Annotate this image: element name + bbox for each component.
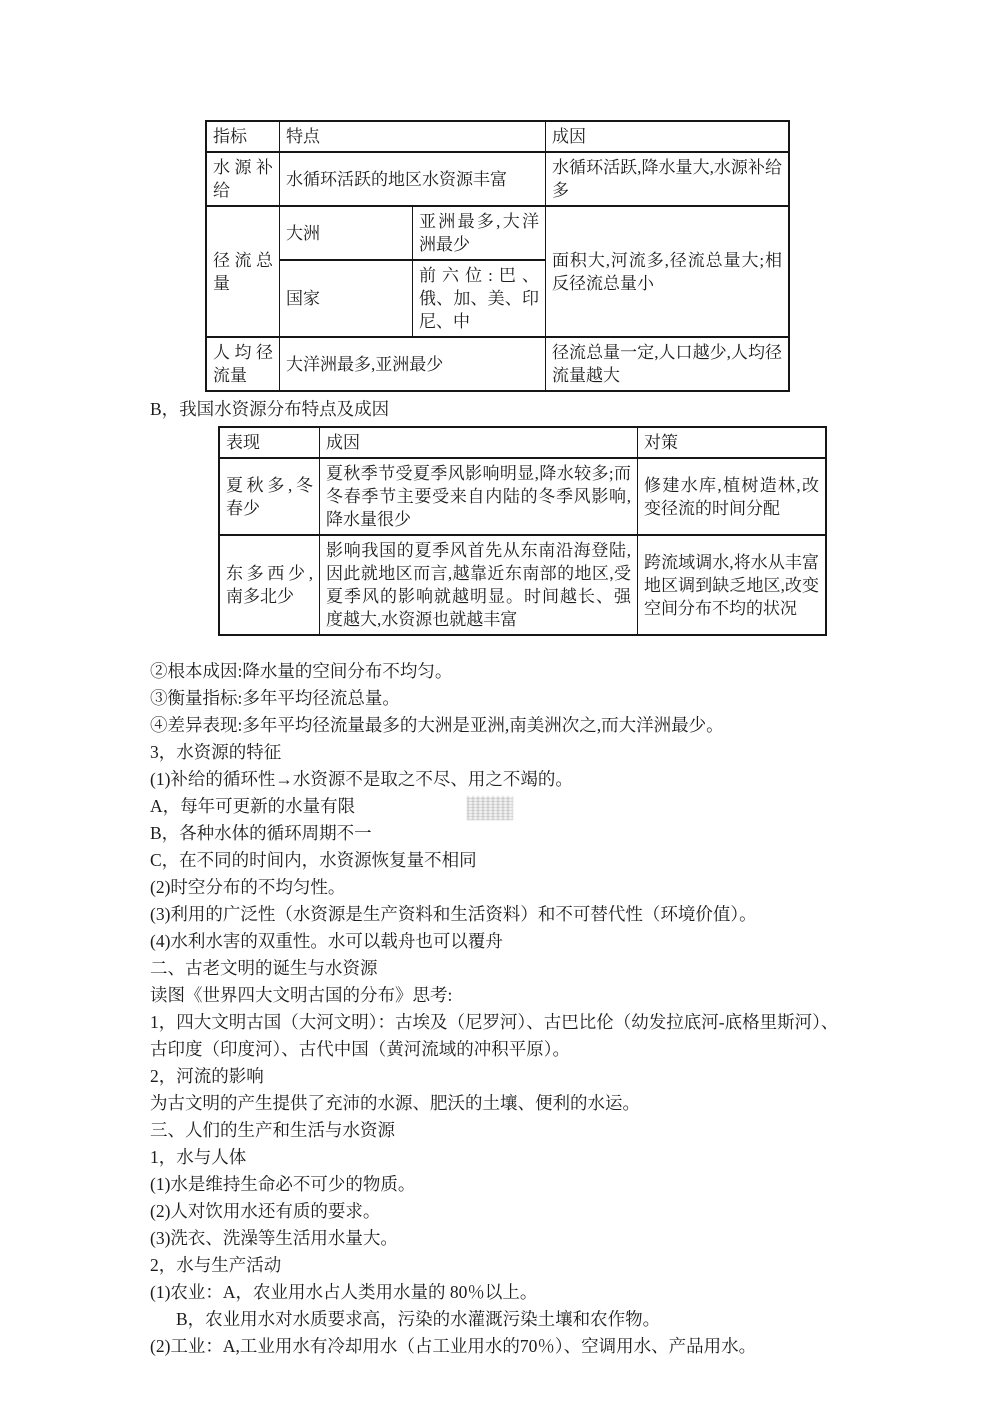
text-line: (2)时空分布的不均匀性。	[150, 874, 880, 901]
text-line-label: A，每年可更新的水量有限	[150, 796, 355, 816]
header-cell-expression: 表现	[219, 427, 320, 458]
text-line: 2，河流的影响	[150, 1063, 880, 1090]
world-water-indicators-table: 指标 特点 成因 水源补给 水循环活跃的地区水资源丰富 水循环活跃,降水量大,水…	[205, 120, 790, 392]
cell-expression-spatial: 东多西少,南多北少	[219, 535, 320, 635]
cell-sub-country-label: 国家	[280, 260, 413, 337]
text-line: 1，水与人体	[150, 1144, 880, 1171]
header-cell-feature: 特点	[280, 121, 546, 152]
cell-indicator-per-capita: 人均径流量	[206, 337, 280, 391]
smudge-artifact	[467, 796, 513, 820]
cell-sub-country-value: 前六位:巴、俄、加、美、印尼、中	[413, 260, 546, 337]
text-line: 为古文明的产生提供了充沛的水源、肥沃的土壤、便利的水运。	[150, 1090, 880, 1117]
cell-sub-continent-value: 亚洲最多,大洋洲最少	[413, 206, 546, 260]
text-line: 1，四大文明古国（大河文明）：古埃及（尼罗河）、古巴比伦（幼发拉底河-底格里斯河…	[150, 1009, 880, 1036]
text-line: B，各种水体的循环周期不一	[150, 820, 880, 847]
cell-cause-spatial: 影响我国的夏季风首先从东南沿海登陆,因此就地区而言,越靠近东南部的地区,受夏季风…	[320, 535, 638, 635]
cell-feature-per-capita: 大洋洲最多,亚洲最少	[280, 337, 546, 391]
header-cell-indicator: 指标	[206, 121, 280, 152]
table-row: 水源补给 水循环活跃的地区水资源丰富 水循环活跃,降水量大,水源补给多	[206, 152, 789, 206]
text-line: ②根本成因:降水量的空间分布不均匀。	[150, 658, 880, 685]
table-header-row: 表现 成因 对策	[219, 427, 826, 458]
table-row: 东多西少,南多北少 影响我国的夏季风首先从东南沿海登陆,因此就地区而言,越靠近东…	[219, 535, 826, 635]
header-cell-cause: 成因	[320, 427, 638, 458]
text-line: ③衡量指标:多年平均径流总量。	[150, 685, 880, 712]
text-line: (2)人对饮用水还有质的要求。	[150, 1198, 880, 1225]
document-page: 指标 特点 成因 水源补给 水循环活跃的地区水资源丰富 水循环活跃,降水量大,水…	[0, 0, 1000, 1414]
table-row: 径流总量 大洲 亚洲最多,大洋洲最少 面积大,河流多,径流总量大;相反径流总量小	[206, 206, 789, 260]
text-line: (1)补给的循环性→水资源不是取之不尽、用之不竭的。	[150, 766, 880, 793]
section-heading: 三、人们的生产和生活与水资源	[150, 1117, 880, 1144]
cell-measure-spatial: 跨流域调水,将水从丰富地区调到缺乏地区,改变空间分布不均的状况	[638, 535, 827, 635]
text-line: ④差异表现:多年平均径流量最多的大洲是亚洲,南美洲次之,而大洋洲最少。	[150, 712, 880, 739]
cell-feature-supply: 水循环活跃的地区水资源丰富	[280, 152, 546, 206]
header-cell-measure: 对策	[638, 427, 827, 458]
text-line: (1)水是维持生命必不可少的物质。	[150, 1171, 880, 1198]
text-line: 古印度（印度河）、古代中国（黄河流域的冲积平原）。	[150, 1036, 880, 1063]
text-line: (3)洗衣、洗澡等生活用水量大。	[150, 1225, 880, 1252]
cell-expression-seasonal: 夏秋多,冬春少	[219, 458, 320, 535]
text-line: 读图《世界四大文明古国的分布》思考:	[150, 982, 880, 1009]
text-line: (2)工业：A,工业用水有冷却用水（占工业用水的70％）、空调用水、产品用水。	[150, 1333, 880, 1360]
table-header-row: 指标 特点 成因	[206, 121, 789, 152]
text-line: 3，水资源的特征	[150, 739, 880, 766]
china-water-distribution-table: 表现 成因 对策 夏秋多,冬春少 夏秋季节受夏季风影响明显,降水较多;而冬春季节…	[218, 426, 827, 636]
cell-cause-seasonal: 夏秋季节受夏季风影响明显,降水较多;而冬春季节主要受来自内陆的冬季风影响,降水量…	[320, 458, 638, 535]
cell-cause-supply: 水循环活跃,降水量大,水源补给多	[546, 152, 790, 206]
table-row: 夏秋多,冬春少 夏秋季节受夏季风影响明显,降水较多;而冬春季节主要受来自内陆的冬…	[219, 458, 826, 535]
section-b-heading: B，我国水资源分布特点及成因	[150, 397, 1000, 421]
text-line: (3)利用的广泛性（水资源是生产资料和生活资料）和不可替代性（环境价值）。	[150, 901, 880, 928]
text-line: (4)水利水害的双重性。水可以载舟也可以覆舟	[150, 928, 880, 955]
text-line: 2，水与生产活动	[150, 1252, 880, 1279]
table-row: 人均径流量 大洋洲最多,亚洲最少 径流总量一定,人口越少,人均径流量越大	[206, 337, 789, 391]
section-heading: 二、古老文明的诞生与水资源	[150, 955, 880, 982]
cell-sub-continent-label: 大洲	[280, 206, 413, 260]
cell-cause-per-capita: 径流总量一定,人口越少,人均径流量越大	[546, 337, 790, 391]
cell-indicator-runoff: 径流总量	[206, 206, 280, 337]
cell-indicator-supply: 水源补给	[206, 152, 280, 206]
text-line: (1)农业：A，农业用水占人类用水量的 80％以上。	[150, 1279, 880, 1306]
cell-cause-runoff: 面积大,河流多,径流总量大;相反径流总量小	[546, 206, 790, 337]
text-line: B，农业用水对水质要求高，污染的水灌溉污染土壤和农作物。	[150, 1306, 880, 1333]
header-cell-cause: 成因	[546, 121, 790, 152]
body-text: ②根本成因:降水量的空间分布不均匀。 ③衡量指标:多年平均径流总量。 ④差异表现…	[150, 658, 880, 1360]
text-line: A，每年可更新的水量有限	[150, 793, 880, 820]
text-line: C，在不同的时间内，水资源恢复量不相同	[150, 847, 880, 874]
cell-measure-seasonal: 修建水库,植树造林,改变径流的时间分配	[638, 458, 827, 535]
